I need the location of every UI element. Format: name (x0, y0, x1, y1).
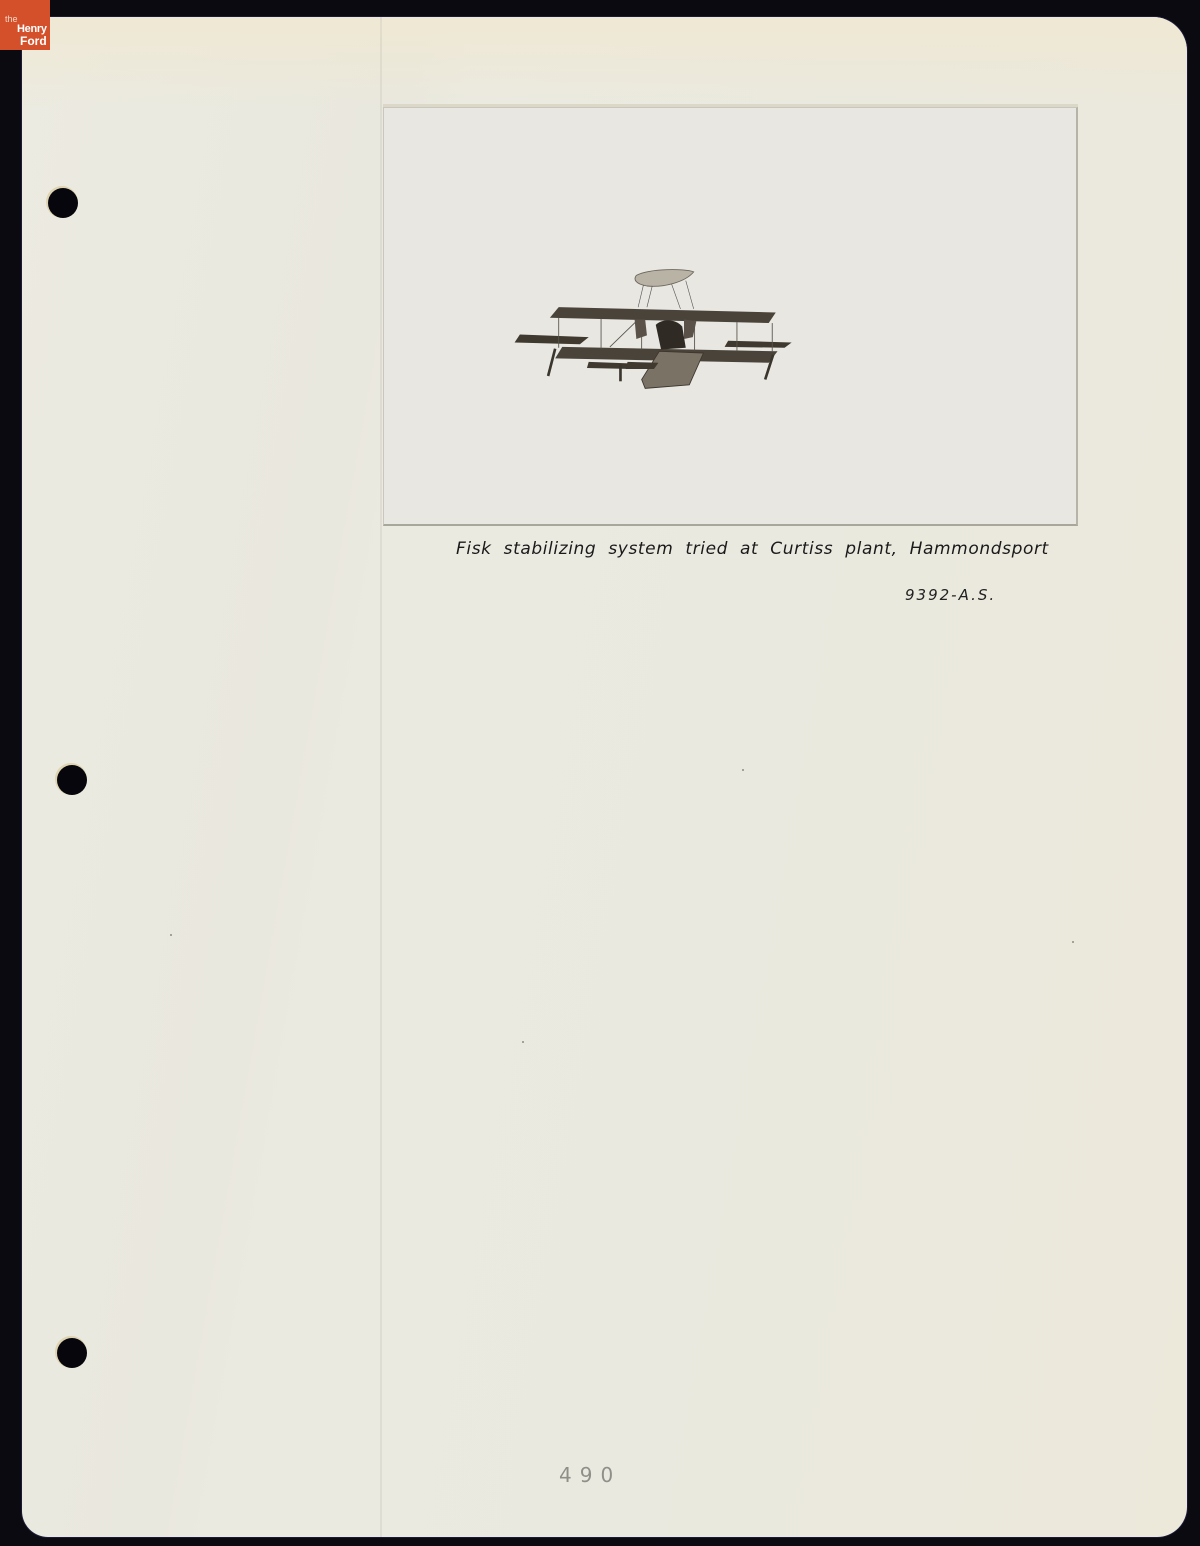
logo-text-the: the (5, 15, 18, 24)
biplane-image (494, 256, 814, 406)
paper-speck (170, 934, 172, 936)
the-henry-ford-logo: the Henry Ford (0, 0, 50, 50)
paper-speck (522, 1041, 524, 1043)
scrapbook-page: Fisk stabilizing system tried at Curtiss… (22, 17, 1187, 1537)
binder-hole-bottom (57, 1338, 87, 1368)
paper-speck (742, 769, 744, 771)
logo-text-ford: Ford (20, 35, 47, 47)
binder-hole-top (48, 188, 78, 218)
binder-hole-middle (57, 765, 87, 795)
paper-speck (1072, 941, 1074, 943)
photo-caption: Fisk stabilizing system tried at Curtiss… (456, 539, 1049, 559)
page-number: 490 (559, 1463, 621, 1487)
mounted-photograph (383, 107, 1078, 526)
page-crease (380, 17, 382, 1537)
catalog-number: 9392-A.S. (905, 586, 996, 604)
